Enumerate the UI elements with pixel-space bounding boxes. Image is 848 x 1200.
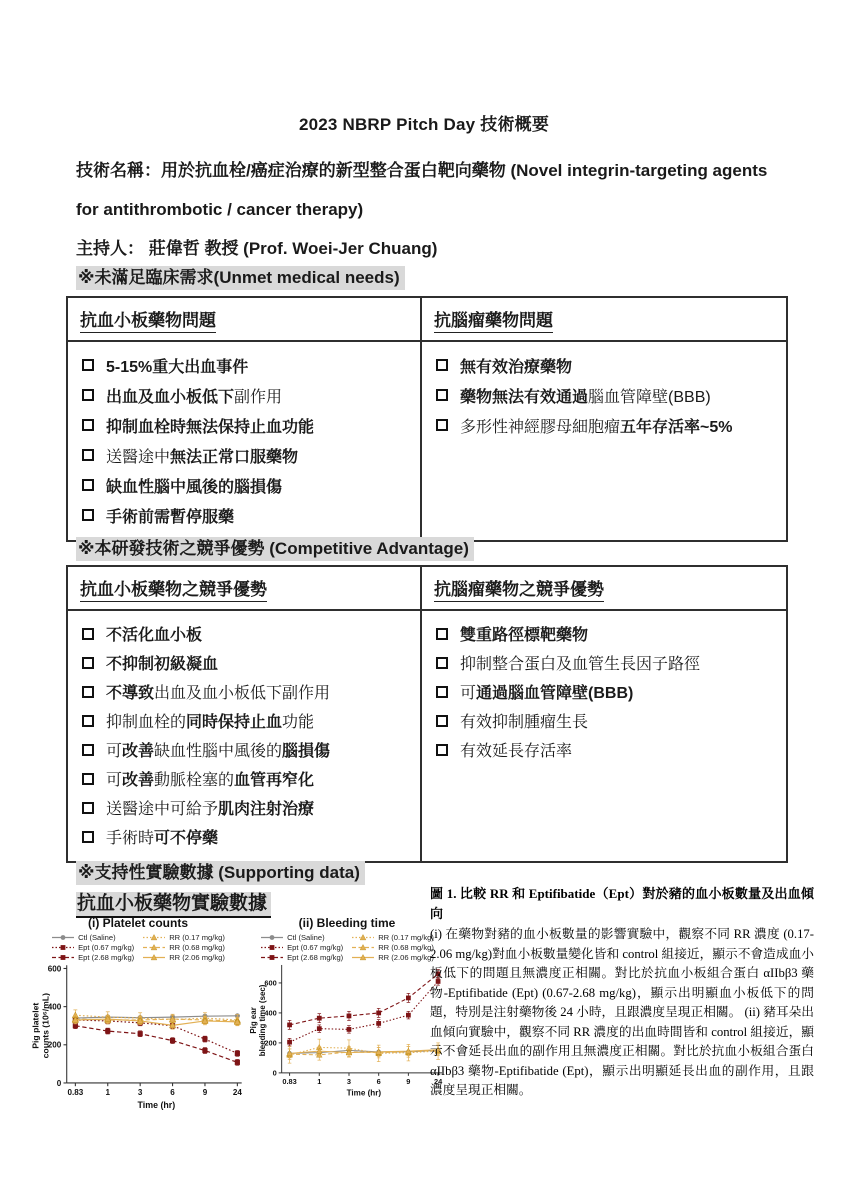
checkbox-icon [82,657,94,669]
check-item-label: 不活化血小板 [106,622,202,645]
document-page: 2023 NBRP Pitch Day 技術概要 技術名稱：用於抗血栓/癌症治療… [0,0,848,1200]
check-item-label: 抑制血栓時無法保持止血功能 [106,414,314,437]
check-item-label: 雙重路徑標靶藥物 [460,622,588,645]
check-item: 雙重路徑標靶藥物 [434,619,776,648]
checkbox-icon [82,686,94,698]
svg-text:0.83: 0.83 [67,1088,83,1097]
check-item: 不抑制初級凝血 [80,648,410,677]
legend-entry: Ept (0.67 mg/kg) [260,943,343,952]
tech-name-line: 技術名稱：用於抗血栓/癌症治療的新型整合蛋白靶向藥物 (Novel integr… [76,151,784,229]
advantage-right-list: 雙重路徑標靶藥物抑制整合蛋白及血管生長因子路徑可通過腦血管障壁(BBB)有效抑制… [420,611,786,861]
unmet-right-list: 無有效治療藥物藥物無法有效通過腦血管障壁(BBB)多形性神經膠母細胞瘤五年存活率… [420,342,786,540]
check-item: 有效延長存活率 [434,735,776,764]
bleeding-time-chart: (ii) Bleeding timeCtl (Saline)RR (0.17 m… [248,916,446,1116]
legend-label: Ctl (Saline) [78,933,116,942]
svg-text:600: 600 [48,964,62,973]
chart-legend: Ctl (Saline)RR (0.17 mg/kg)Ept (0.67 mg/… [248,933,446,962]
check-item-label: 抑制血栓的同時保持止血功能 [106,709,314,732]
svg-text:3: 3 [138,1088,143,1097]
check-item: 有效抑制腫瘤生長 [434,706,776,735]
chart-plot: 02004006000.83136924Time (hr)Pig platele… [30,962,246,1124]
check-item: 抑制整合蛋白及血管生長因子路徑 [434,648,776,677]
checkbox-icon [436,359,448,371]
section-heading-unmet-text: ※未滿足臨床需求(Unmet medical needs) [76,266,405,290]
svg-text:6: 6 [170,1088,175,1097]
check-item-label: 不抑制初級凝血 [106,651,218,674]
legend-label: Ctl (Saline) [287,933,325,942]
legend-entry: Ept (2.68 mg/kg) [260,953,343,962]
section-heading-advantage: ※本研發技術之競爭優勢 (Competitive Advantage) [76,534,474,559]
check-item-label: 送醫途中無法正常口服藥物 [106,444,298,467]
check-item-label: 可通過腦血管障壁(BBB) [460,680,633,703]
legend-entry: Ept (0.67 mg/kg) [51,943,134,952]
check-item: 抑制血栓的同時保持止血功能 [80,706,410,735]
svg-text:0.83: 0.83 [282,1077,296,1086]
section-heading-advantage-text: ※本研發技術之競爭優勢 (Competitive Advantage) [76,537,474,561]
svg-text:0: 0 [273,1068,277,1077]
check-item: 可改善缺血性腦中風後的腦損傷 [80,735,410,764]
check-item-label: 無有效治療藥物 [460,354,572,377]
check-item-label: 缺血性腦中風後的腦損傷 [106,474,282,497]
chart-title: (i) Platelet counts [30,916,246,930]
check-item: 出血及血小板低下副作用 [80,380,410,410]
check-item-label: 有效抑制腫瘤生長 [460,709,588,732]
checkbox-icon [82,359,94,371]
legend-label: Ept (0.67 mg/kg) [78,943,134,952]
advantage-left-header: 抗血小板藥物之競爭優勢 [68,567,420,611]
legend-entry: RR (0.68 mg/kg) [351,943,434,952]
legend-label: RR (0.68 mg/kg) [169,943,225,952]
svg-text:3: 3 [347,1077,351,1086]
unmet-left-list: 5-15%重大出血事件出血及血小板低下副作用抑制血栓時無法保持止血功能送醫途中無… [68,342,420,540]
legend-label: Ept (0.67 mg/kg) [287,943,343,952]
checkbox-icon [82,744,94,756]
svg-text:bleeding time (sec): bleeding time (sec) [258,984,267,1056]
svg-text:Pig platelet: Pig platelet [31,1003,41,1049]
checkbox-icon [82,449,94,461]
svg-text:counts (10⁶/mL): counts (10⁶/mL) [40,993,50,1058]
section-heading-unmet: ※未滿足臨床需求(Unmet medical needs) [76,263,405,288]
checkbox-icon [436,744,448,756]
check-item: 手術前需暫停服藥 [80,500,410,530]
unmet-left-header: 抗血小板藥物問題 [68,298,420,342]
check-item-label: 手術時可不停藥 [106,825,218,848]
check-item-label: 手術前需暫停服藥 [106,504,234,527]
check-item-label: 可改善動脈栓塞的血管再窄化 [106,767,314,790]
legend-label: RR (2.06 mg/kg) [378,953,434,962]
advantage-left-list: 不活化血小板不抑制初級凝血不導致出血及血小板低下副作用抑制血栓的同時保持止血功能… [68,611,420,861]
svg-text:Time (hr): Time (hr) [138,1100,176,1110]
check-item: 可通過腦血管障壁(BBB) [434,677,776,706]
page-title: 2023 NBRP Pitch Day 技術概要 [0,110,848,135]
check-item-label: 藥物無法有效通過腦血管障壁(BBB) [460,384,711,407]
legend-entry: RR (0.17 mg/kg) [351,933,434,942]
legend-label: Ept (2.68 mg/kg) [78,953,134,962]
check-item-label: 5-15%重大出血事件 [106,354,248,377]
legend-label: RR (0.68 mg/kg) [378,943,434,952]
legend-entry: RR (0.17 mg/kg) [142,933,225,942]
checkbox-icon [82,389,94,401]
svg-text:0: 0 [57,1079,62,1088]
legend-label: Ept (2.68 mg/kg) [287,953,343,962]
checkbox-icon [436,389,448,401]
checkbox-icon [436,657,448,669]
chart-legend: Ctl (Saline)RR (0.17 mg/kg)Ept (0.67 mg/… [30,933,246,962]
check-item: 手術時可不停藥 [80,822,410,851]
checkbox-icon [82,831,94,843]
unmet-needs-table: 抗血小板藥物問題 抗腦瘤藥物問題 5-15%重大出血事件出血及血小板低下副作用抑… [66,296,788,542]
svg-text:9: 9 [406,1077,410,1086]
check-item-label: 可改善缺血性腦中風後的腦損傷 [106,738,330,761]
chart-plot: 02004006000.83136924Time (hr)Pig earblee… [248,962,446,1111]
checkbox-icon [82,509,94,521]
legend-label: RR (0.17 mg/kg) [169,933,225,942]
svg-text:9: 9 [203,1088,208,1097]
legend-label: RR (2.06 mg/kg) [169,953,225,962]
advantage-right-header: 抗腦瘤藥物之競爭優勢 [420,567,786,611]
check-item: 抑制血栓時無法保持止血功能 [80,410,410,440]
check-item: 多形性神經膠母細胞瘤五年存活率~5% [434,410,776,440]
svg-text:Pig ear: Pig ear [249,1007,258,1033]
legend-entry: Ctl (Saline) [51,933,134,942]
section-heading-supporting: ※支持性實驗數據 (Supporting data) [76,858,365,883]
check-item: 不導致出血及血小板低下副作用 [80,677,410,706]
svg-text:6: 6 [377,1077,381,1086]
section-heading-supporting-text: ※支持性實驗數據 (Supporting data) [76,861,365,885]
check-item: 不活化血小板 [80,619,410,648]
check-item: 無有效治療藥物 [434,350,776,380]
svg-text:1: 1 [106,1088,111,1097]
checkbox-icon [82,715,94,727]
legend-entry: RR (0.68 mg/kg) [142,943,225,952]
check-item: 5-15%重大出血事件 [80,350,410,380]
svg-text:24: 24 [233,1088,243,1097]
unmet-right-header: 抗腦瘤藥物問題 [420,298,786,342]
check-item: 藥物無法有效通過腦血管障壁(BBB) [434,380,776,410]
figure-caption: 圖 1. 比較 RR 和 Eptifibatide（Ept）對於豬的血小板數量及… [430,884,814,1101]
checkbox-icon [436,419,448,431]
check-item-label: 有效延長存活率 [460,738,572,761]
check-item-label: 送醫途中可給予肌肉注射治療 [106,796,314,819]
checkbox-icon [82,773,94,785]
antiplatelet-data-subheading: 抗血小板藥物實驗數據 [76,888,271,915]
check-item: 送醫途中可給予肌肉注射治療 [80,793,410,822]
checkbox-icon [82,479,94,491]
figure-caption-title: 圖 1. 比較 RR 和 Eptifibatide（Ept）對於豬的血小板數量及… [430,884,814,924]
legend-entry: RR (2.06 mg/kg) [351,953,434,962]
checkbox-icon [436,715,448,727]
legend-entry: RR (2.06 mg/kg) [142,953,225,962]
checkbox-icon [82,628,94,640]
svg-text:1: 1 [317,1077,321,1086]
check-item-label: 不導致出血及血小板低下副作用 [106,680,330,703]
check-item-label: 抑制整合蛋白及血管生長因子路徑 [460,651,700,674]
check-item-label: 出血及血小板低下副作用 [106,384,282,407]
check-item: 缺血性腦中風後的腦損傷 [80,470,410,500]
svg-text:Time (hr): Time (hr) [347,1089,382,1098]
intro-block: 技術名稱：用於抗血栓/癌症治療的新型整合蛋白靶向藥物 (Novel integr… [76,151,784,268]
checkbox-icon [82,419,94,431]
check-item-label: 多形性神經膠母細胞瘤五年存活率~5% [460,414,733,437]
chart-title: (ii) Bleeding time [248,916,446,930]
platelet-counts-chart: (i) Platelet countsCtl (Saline)RR (0.17 … [30,916,246,1129]
figure-caption-body: (i) 在藥物對豬的血小板數量的影響實驗中，觀察不同 RR 濃度 (0.17-2… [430,925,814,1101]
legend-entry: Ept (2.68 mg/kg) [51,953,134,962]
checkbox-icon [436,686,448,698]
checkbox-icon [82,802,94,814]
check-item: 可改善動脈栓塞的血管再窄化 [80,764,410,793]
checkbox-icon [436,628,448,640]
check-item: 送醫途中無法正常口服藥物 [80,440,410,470]
legend-label: RR (0.17 mg/kg) [378,933,434,942]
competitive-advantage-table: 抗血小板藥物之競爭優勢 抗腦瘤藥物之競爭優勢 不活化血小板不抑制初級凝血不導致出… [66,565,788,863]
legend-entry: Ctl (Saline) [260,933,343,942]
